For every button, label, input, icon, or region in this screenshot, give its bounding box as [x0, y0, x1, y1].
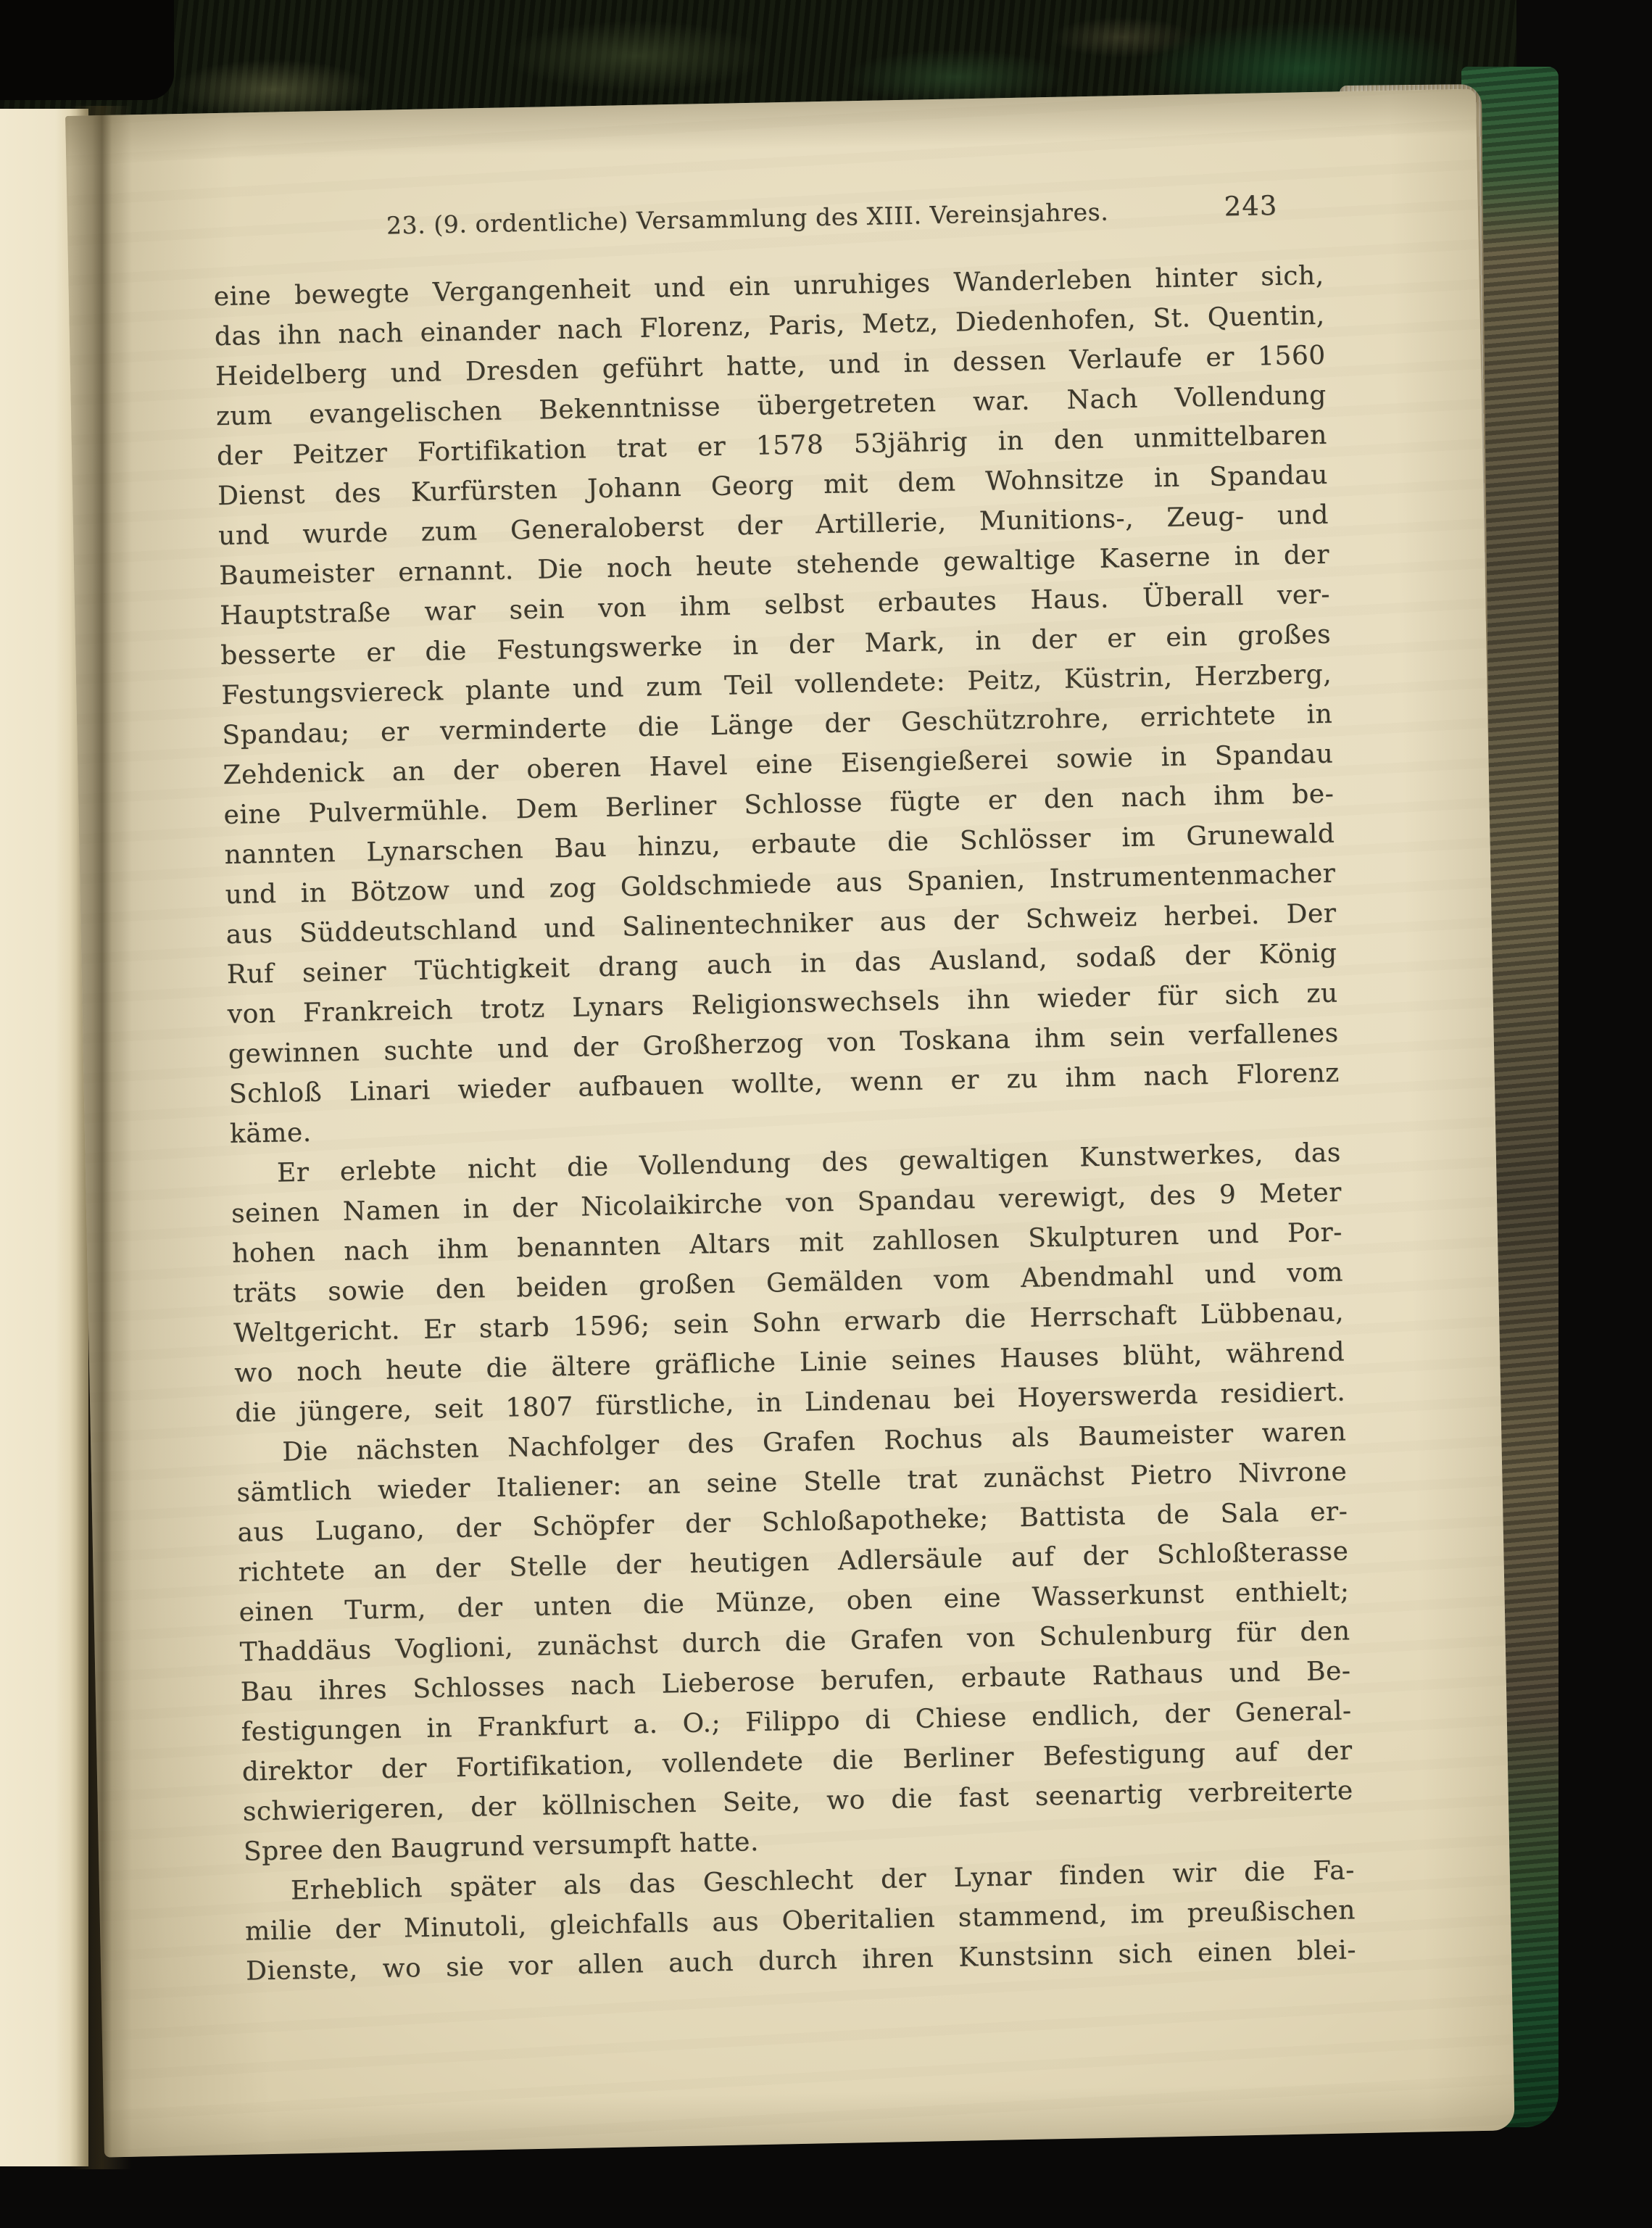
book-page: 23. (9. ordentliche) Versammlung des XII… — [65, 89, 1515, 2158]
running-header: 23. (9. ordentliche) Versammlung des XII… — [386, 197, 1109, 239]
page-number: 243 — [1224, 190, 1277, 222]
scan-background: { "scan": { "header": { "title": "23. (9… — [0, 0, 1652, 2228]
body-text: eine bewegte Vergangenheit und ein unruh… — [213, 256, 1356, 1992]
gutter-shadow — [70, 106, 132, 2169]
background-corner — [0, 0, 174, 100]
